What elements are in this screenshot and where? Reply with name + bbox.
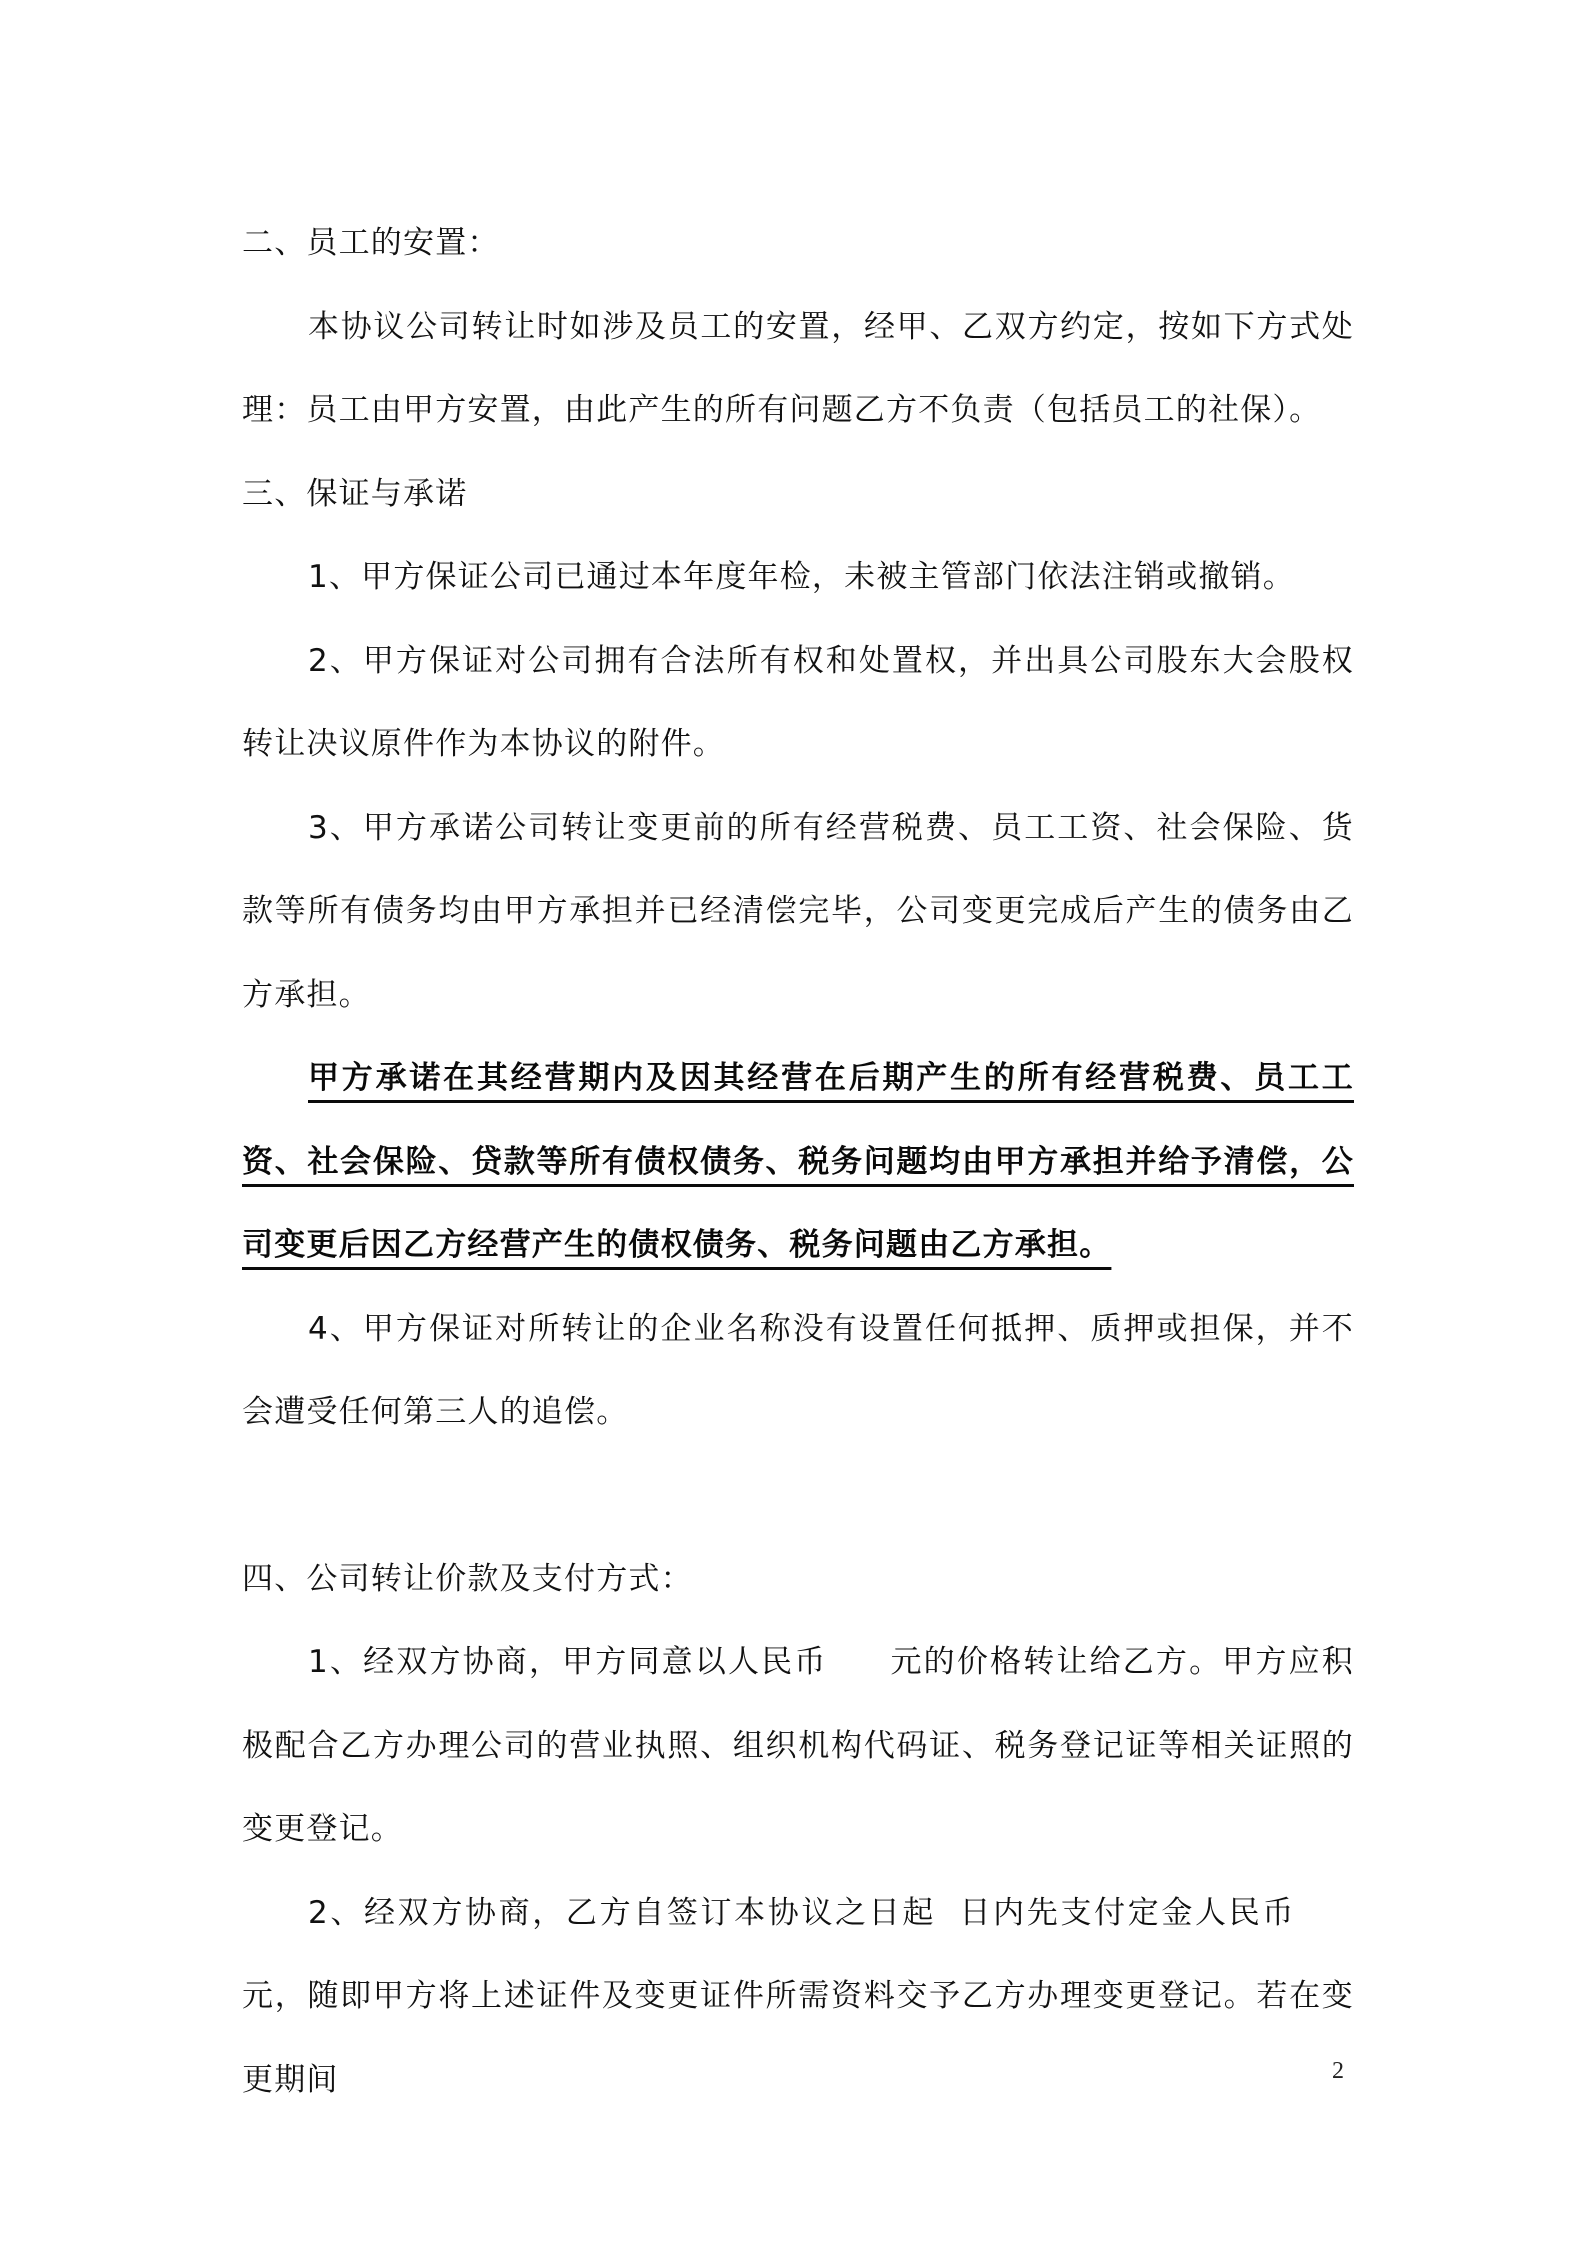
guarantee-item-1: 1、甲方保证公司已通过本年度年检，未被主管部门依法注销或撤销。 bbox=[242, 536, 1354, 620]
blank-line bbox=[242, 1455, 1354, 1538]
guarantee-item-4: 4、甲方保证对所转让的企业名称没有设置任何抵押、质押或担保，并不会遭受任何第三人… bbox=[242, 1288, 1354, 1455]
page-number: 2 bbox=[1332, 2058, 1344, 2085]
payment-item-2-text-c: 元，随即甲方将上述证件及变更证件所需资料交予乙方办理变更登记。若在变更期间 bbox=[242, 1978, 1354, 2098]
document-body: 二、员工的安置： 本协议公司转让时如涉及员工的安置，经甲、乙双方约定，按如下方式… bbox=[242, 202, 1354, 2122]
guarantee-item-3: 3、甲方承诺公司转让变更前的所有经营税费、员工工资、社会保险、货款等所有债务均由… bbox=[242, 787, 1354, 1038]
emphasized-underlined-text: 甲方承诺在其经营期内及因其经营在后期产生的所有经营税费、员工工资、社会保险、贷款… bbox=[242, 1060, 1354, 1263]
payment-item-2: 2、经双方协商，乙方自签订本协议之日起日内先支付定金人民币元，随即甲方将上述证件… bbox=[242, 1872, 1354, 2123]
section-heading-staff-placement: 二、员工的安置： bbox=[242, 202, 1354, 286]
payment-item-2-text-a: 2、经双方协商，乙方自签订本协议之日起 bbox=[308, 1895, 936, 1931]
payment-item-1: 1、经双方协商，甲方同意以人民币元的价格转让给乙方。甲方应积极配合乙方办理公司的… bbox=[242, 1621, 1354, 1872]
guarantee-item-2: 2、甲方保证对公司拥有合法所有权和处置权，并出具公司股东大会股权转让决议原件作为… bbox=[242, 620, 1354, 787]
payment-item-1-text-a: 1、经双方协商，甲方同意以人民币 bbox=[308, 1644, 828, 1680]
payment-item-2-text-b: 日内先支付定金人民币 bbox=[958, 1895, 1296, 1931]
section-heading-payment: 四、公司转让价款及支付方式： bbox=[242, 1538, 1354, 1622]
section-heading-guarantees: 三、保证与承诺 bbox=[242, 453, 1354, 537]
guarantee-emphasis-paragraph: 甲方承诺在其经营期内及因其经营在后期产生的所有经营税费、员工工资、社会保险、贷款… bbox=[242, 1037, 1354, 1288]
paragraph-staff-placement: 本协议公司转让时如涉及员工的安置，经甲、乙双方约定，按如下方式处理：员工由甲方安… bbox=[242, 286, 1354, 453]
document-page: 二、员工的安置： 本协议公司转让时如涉及员工的安置，经甲、乙双方约定，按如下方式… bbox=[0, 0, 1586, 2244]
